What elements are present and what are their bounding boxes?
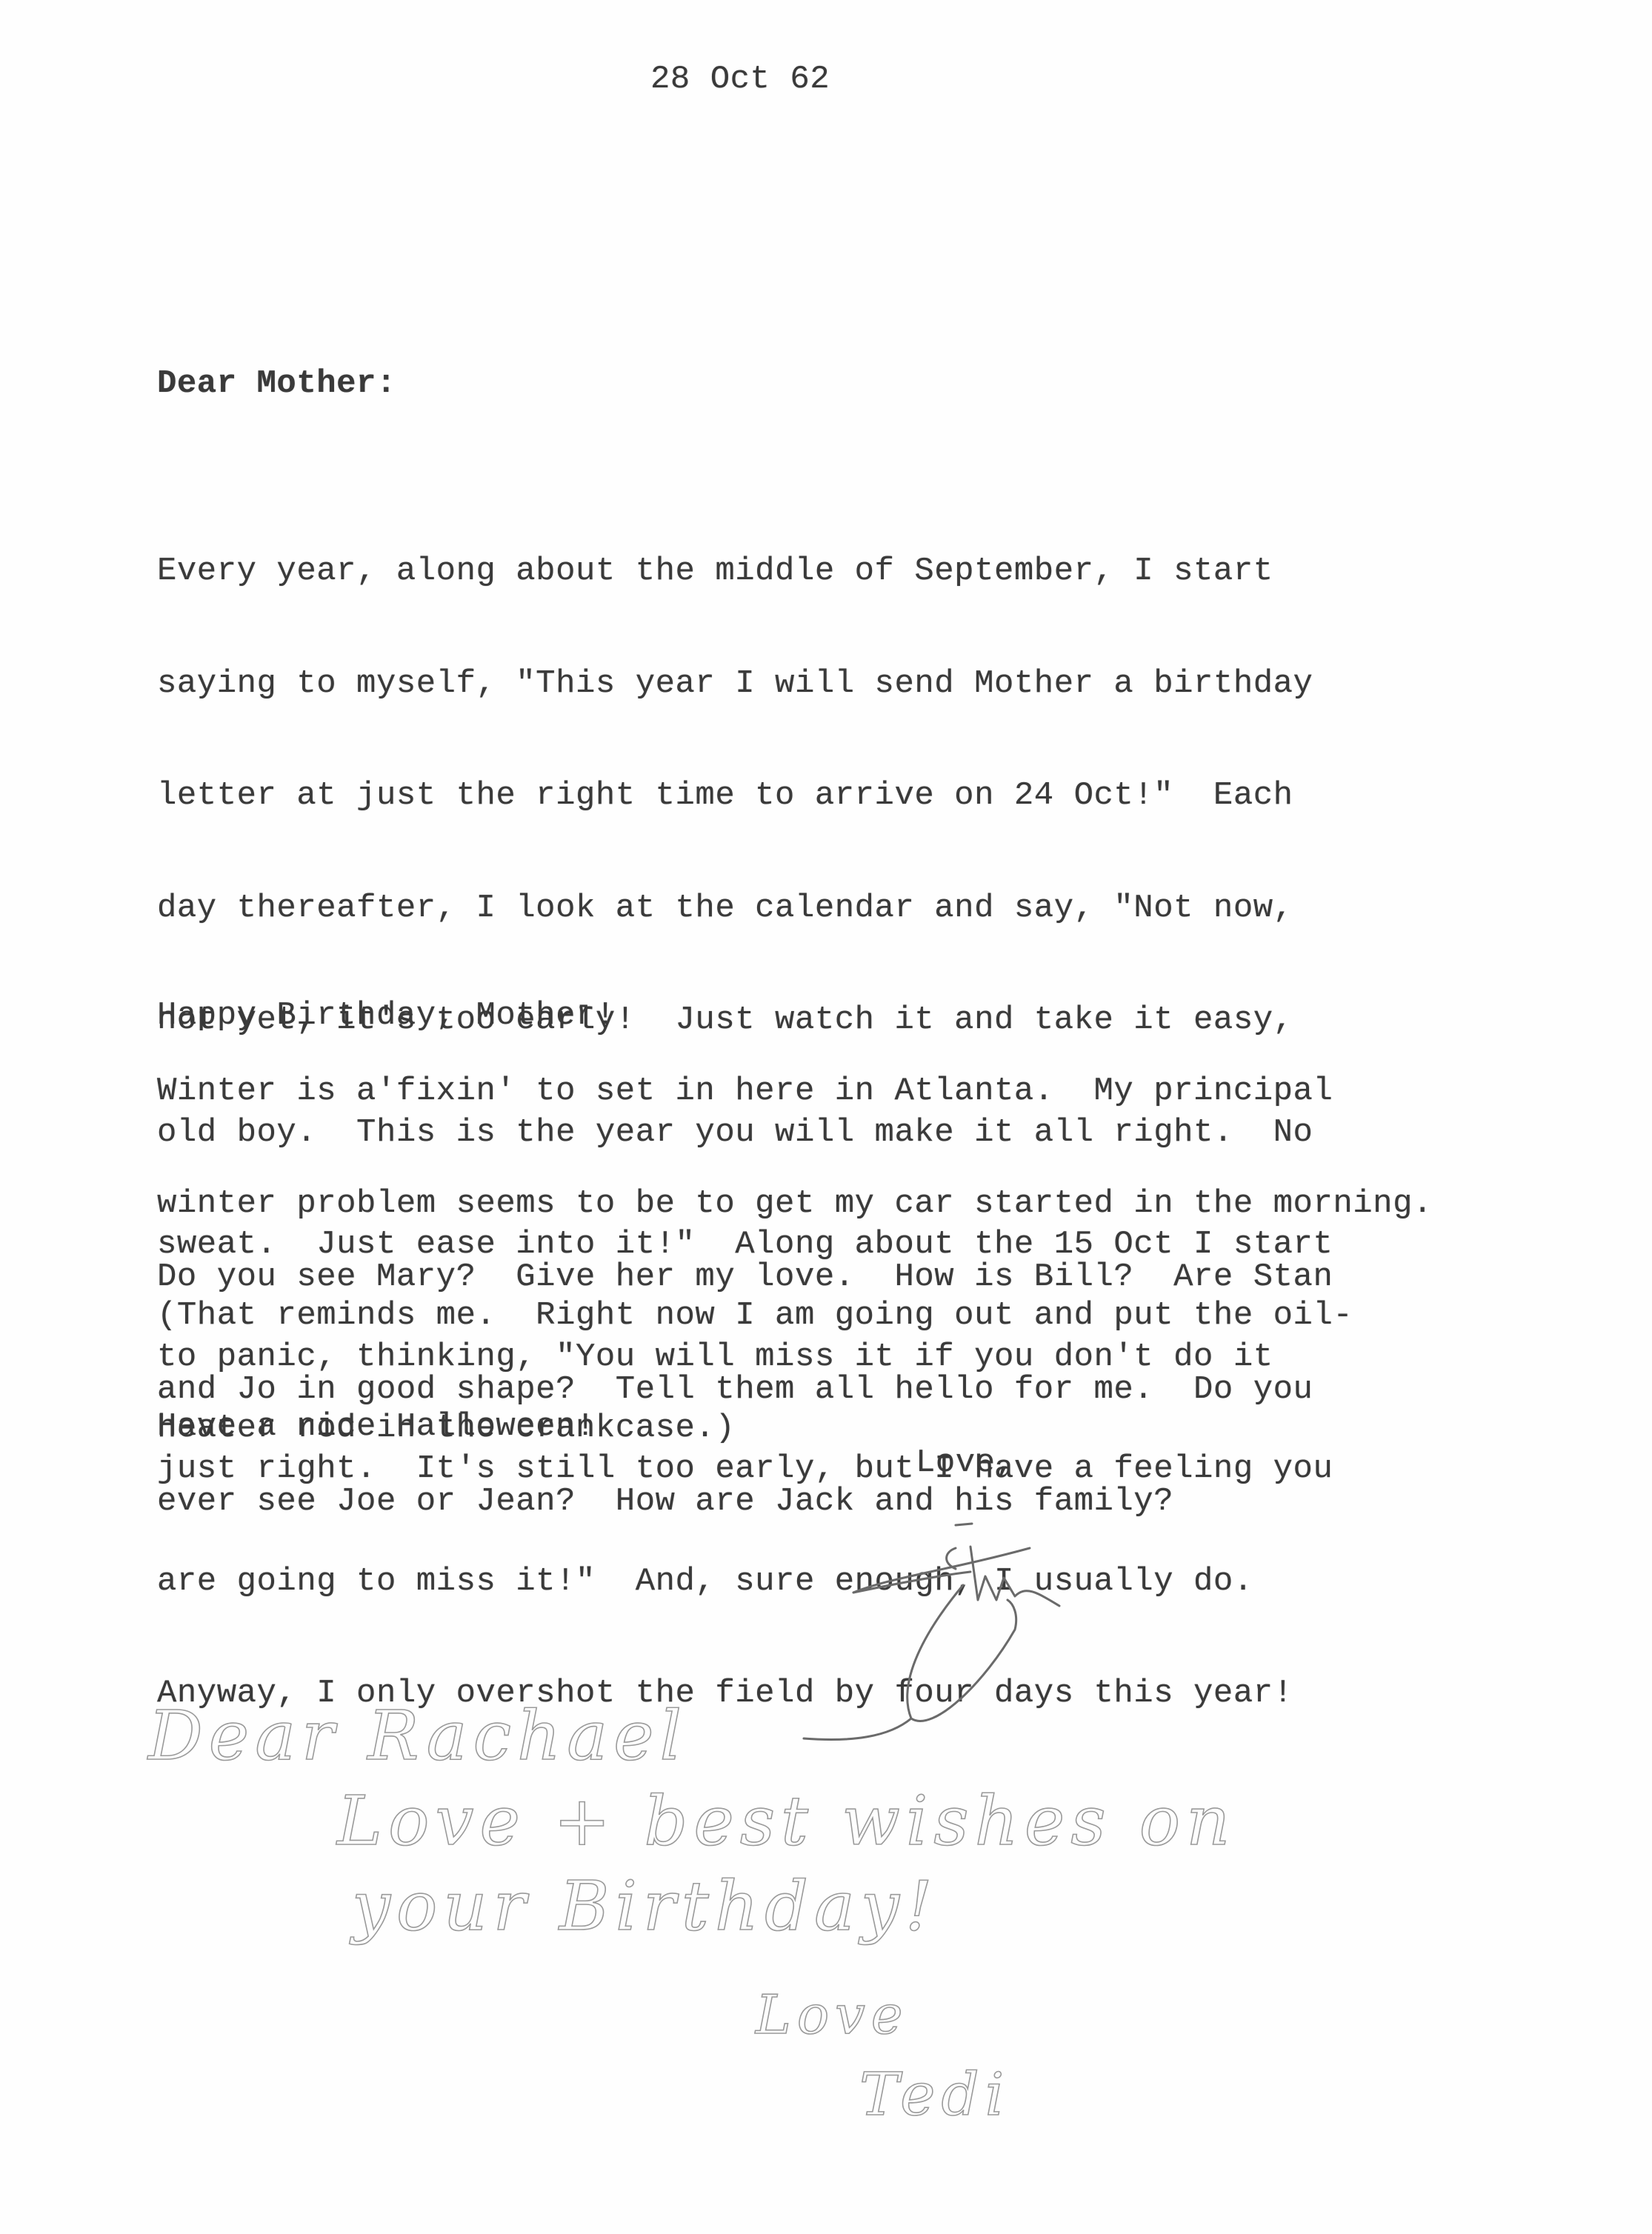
text-line: letter at just the right time to arrive … <box>157 777 1333 815</box>
text-line: day thereafter, I look at the calendar a… <box>157 890 1333 927</box>
text-line: saying to myself, "This year I will send… <box>157 665 1333 703</box>
text-line: Every year, along about the middle of Se… <box>157 553 1333 590</box>
text-line: Do you see Mary? Give her my love. How i… <box>157 1258 1333 1296</box>
letter-page: 28 Oct 62 Dear Mother: Every year, along… <box>0 0 1652 2234</box>
note-line: Love <box>754 1984 908 2046</box>
text-line: Anyway, I only overshot the field by fou… <box>157 1675 1333 1713</box>
text-line: Winter is a'fixin' to set in here in Atl… <box>157 1073 1433 1110</box>
closing: Love, <box>916 1444 1016 1482</box>
salutation: Dear Mother: <box>157 365 396 403</box>
note-line: Tedi <box>859 2060 1010 2129</box>
note-line: your Birthday! <box>349 1867 939 1946</box>
note-line: Love + best wishes on <box>336 1781 1236 1861</box>
text-line: Have a nice Halloween! <box>157 1408 596 1446</box>
paragraph-halloween: Have a nice Halloween! <box>157 1333 596 1521</box>
letter-date: 28 Oct 62 <box>650 61 830 99</box>
